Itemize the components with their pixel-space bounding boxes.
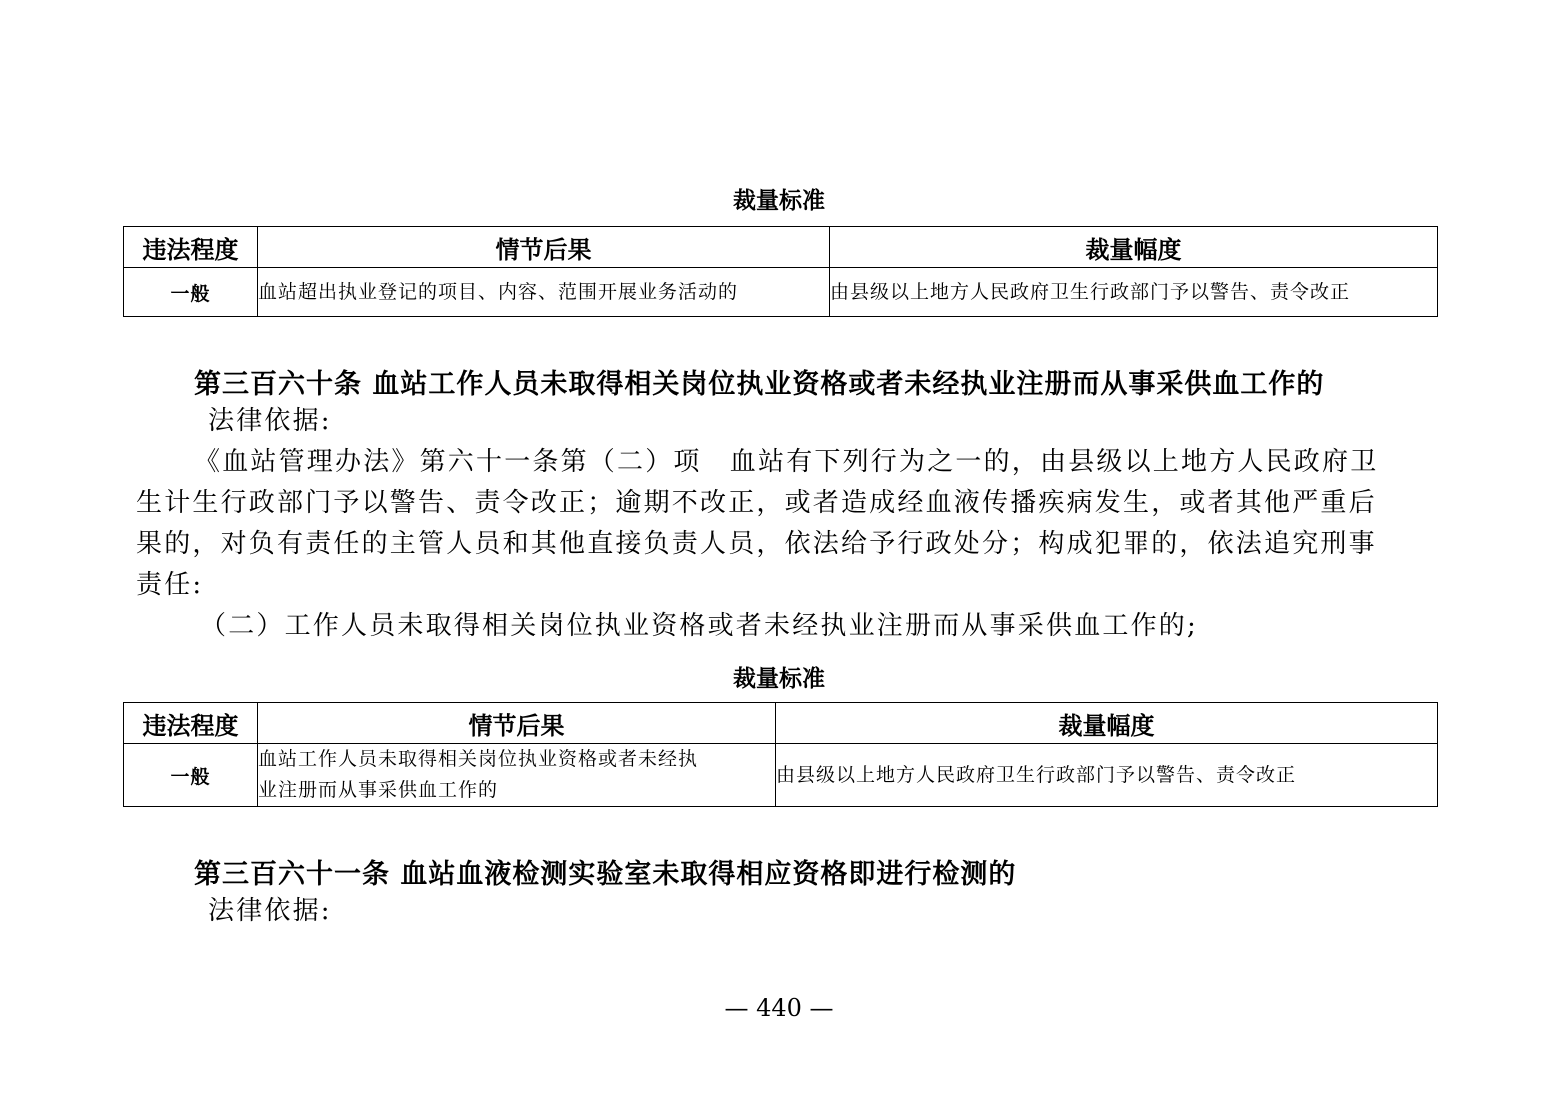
cell-discretion: 由县级以上地方人民政府卫生行政部门予以警告、责令改正: [830, 268, 1438, 317]
discretion-table-2: 违法程度 情节后果 裁量幅度 一般 血站工作人员未取得相关岗位执业资格或者未经执…: [123, 702, 1438, 807]
basis-line-3: 果的，对负有责任的主管人员和其他直接负责人员，依法给予行政处分；构成犯罪的，依法…: [136, 524, 1377, 565]
header-circumstance: 情节后果: [258, 703, 776, 744]
basis-line-2: 生计生行政部门予以警告、责令改正；逾期不改正，或者造成经血液传播疾病发生，或者其…: [136, 483, 1377, 524]
header-discretion: 裁量幅度: [776, 703, 1438, 744]
cell-level: 一般: [124, 744, 258, 807]
article-361-title: 第三百六十一条 血站血液检测实验室未取得相应资格即进行检测的: [194, 852, 1016, 891]
cell-circumstance: 血站工作人员未取得相关岗位执业资格或者未经执 业注册而从事采供血工作的: [258, 744, 776, 807]
table-header-row: 违法程度 情节后果 裁量幅度: [124, 227, 1438, 268]
header-violation-degree: 违法程度: [124, 703, 258, 744]
cell-discretion: 由县级以上地方人民政府卫生行政部门予以警告、责令改正: [776, 744, 1438, 807]
circumstance-line-2: 业注册而从事采供血工作的: [258, 775, 775, 806]
header-discretion: 裁量幅度: [830, 227, 1438, 268]
basis-line-1: 《血站管理办法》第六十一条第（二）项 血站有下列行为之一的，由县级以上地方人民政…: [194, 442, 1378, 483]
basis-item-2: （二）工作人员未取得相关岗位执业资格或者未经执业注册而从事采供血工作的;: [200, 606, 1198, 647]
table-row: 一般 血站超出执业登记的项目、内容、范围开展业务活动的 由县级以上地方人民政府卫…: [124, 268, 1438, 317]
basis-line-4: 责任:: [136, 565, 203, 606]
cell-circumstance: 血站超出执业登记的项目、内容、范围开展业务活动的: [258, 268, 830, 317]
header-circumstance: 情节后果: [258, 227, 830, 268]
table-row: 一般 血站工作人员未取得相关岗位执业资格或者未经执 业注册而从事采供血工作的 由…: [124, 744, 1438, 807]
table-header-row: 违法程度 情节后果 裁量幅度: [124, 703, 1438, 744]
article-360-caption: 裁量标准: [0, 660, 1558, 693]
article-360-title: 第三百六十条 血站工作人员未取得相关岗位执业资格或者未经执业注册而从事采供血工作…: [194, 362, 1324, 401]
section1-caption: 裁量标准: [0, 182, 1558, 215]
article-360-legal-basis-label: 法律依据:: [208, 401, 332, 442]
circumstance-line-1: 血站工作人员未取得相关岗位执业资格或者未经执: [258, 744, 775, 775]
cell-level: 一般: [124, 268, 258, 317]
article-361-legal-basis-label: 法律依据:: [208, 891, 332, 932]
header-violation-degree: 违法程度: [124, 227, 258, 268]
discretion-table-1: 违法程度 情节后果 裁量幅度 一般 血站超出执业登记的项目、内容、范围开展业务活…: [123, 226, 1438, 317]
page-number: — 440 —: [0, 994, 1558, 1022]
